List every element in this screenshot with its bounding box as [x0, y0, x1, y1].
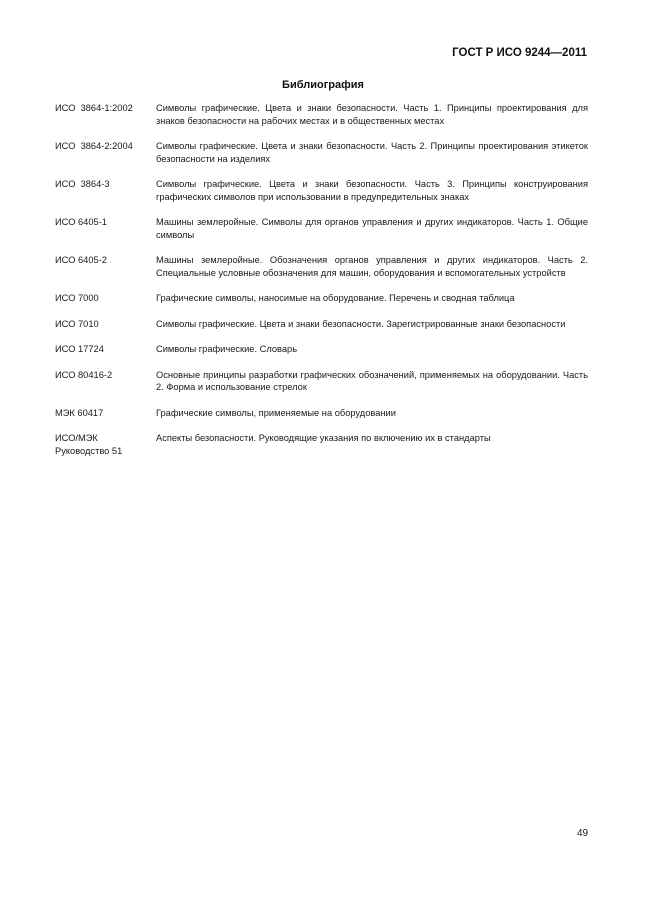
entry-description: Символы графические. Цвета и знаки безоп… — [156, 140, 588, 165]
bibliography-entry: ИСО 6405-2 Машины землеройные. Обозначен… — [55, 254, 588, 279]
entry-description: Машины землеройные. Символы для органов … — [156, 216, 588, 241]
entry-description: Машины землеройные. Обозначения органов … — [156, 254, 588, 279]
entry-reference: ИСО 6405-1 — [55, 216, 156, 241]
bibliography-entry: ИСО 7010 Символы графические. Цвета и зн… — [55, 318, 588, 331]
entry-description: Основные принципы разработки графических… — [156, 369, 588, 394]
entry-reference: ИСО 3864-1:2002 — [55, 102, 156, 127]
document-header: ГОСТ Р ИСО 9244—2011 — [452, 47, 587, 59]
entry-description: Символы графические. Словарь — [156, 343, 588, 356]
entry-reference: ИСО 80416-2 — [55, 369, 156, 394]
bibliography-entry: ИСО 3864-3 Символы графические. Цвета и … — [55, 178, 588, 203]
entry-reference: ИСО 6405-2 — [55, 254, 156, 279]
entry-description: Графические символы, наносимые на оборуд… — [156, 292, 588, 305]
entry-reference: ИСО 7010 — [55, 318, 156, 331]
entry-reference: ИСО 7000 — [55, 292, 156, 305]
section-title: Библиография — [0, 79, 646, 91]
entry-reference: ИСО 3864-3 — [55, 178, 156, 203]
bibliography-entry: ИСО/МЭК Руководство 51 Аспекты безопасно… — [55, 432, 588, 457]
entry-reference: ИСО 17724 — [55, 343, 156, 356]
bibliography-entry: ИСО 7000 Графические символы, наносимые … — [55, 292, 588, 305]
bibliography-entry: МЭК 60417 Графические символы, применяем… — [55, 407, 588, 420]
entry-description: Символы графические. Цвета и знаки безоп… — [156, 318, 588, 331]
entry-reference: ИСО/МЭК Руководство 51 — [55, 432, 156, 457]
bibliography-entry: ИСО 3864-2:2004 Символы графические. Цве… — [55, 140, 588, 165]
bibliography-entry: ИСО 17724 Символы графические. Словарь — [55, 343, 588, 356]
entry-description: Графические символы, применяемые на обор… — [156, 407, 588, 420]
bibliography-list: ИСО 3864-1:2002 Символы графические. Цве… — [55, 102, 588, 470]
entry-reference: ИСО 3864-2:2004 — [55, 140, 156, 165]
bibliography-entry: ИСО 80416-2 Основные принципы разработки… — [55, 369, 588, 394]
bibliography-entry: ИСО 6405-1 Машины землеройные. Символы д… — [55, 216, 588, 241]
entry-description: Аспекты безопасности. Руководящие указан… — [156, 432, 588, 457]
page-number: 49 — [577, 828, 588, 839]
entry-description: Символы графические. Цвета и знаки безоп… — [156, 178, 588, 203]
entry-description: Символы графические. Цвета и знаки безоп… — [156, 102, 588, 127]
bibliography-entry: ИСО 3864-1:2002 Символы графические. Цве… — [55, 102, 588, 127]
entry-reference: МЭК 60417 — [55, 407, 156, 420]
